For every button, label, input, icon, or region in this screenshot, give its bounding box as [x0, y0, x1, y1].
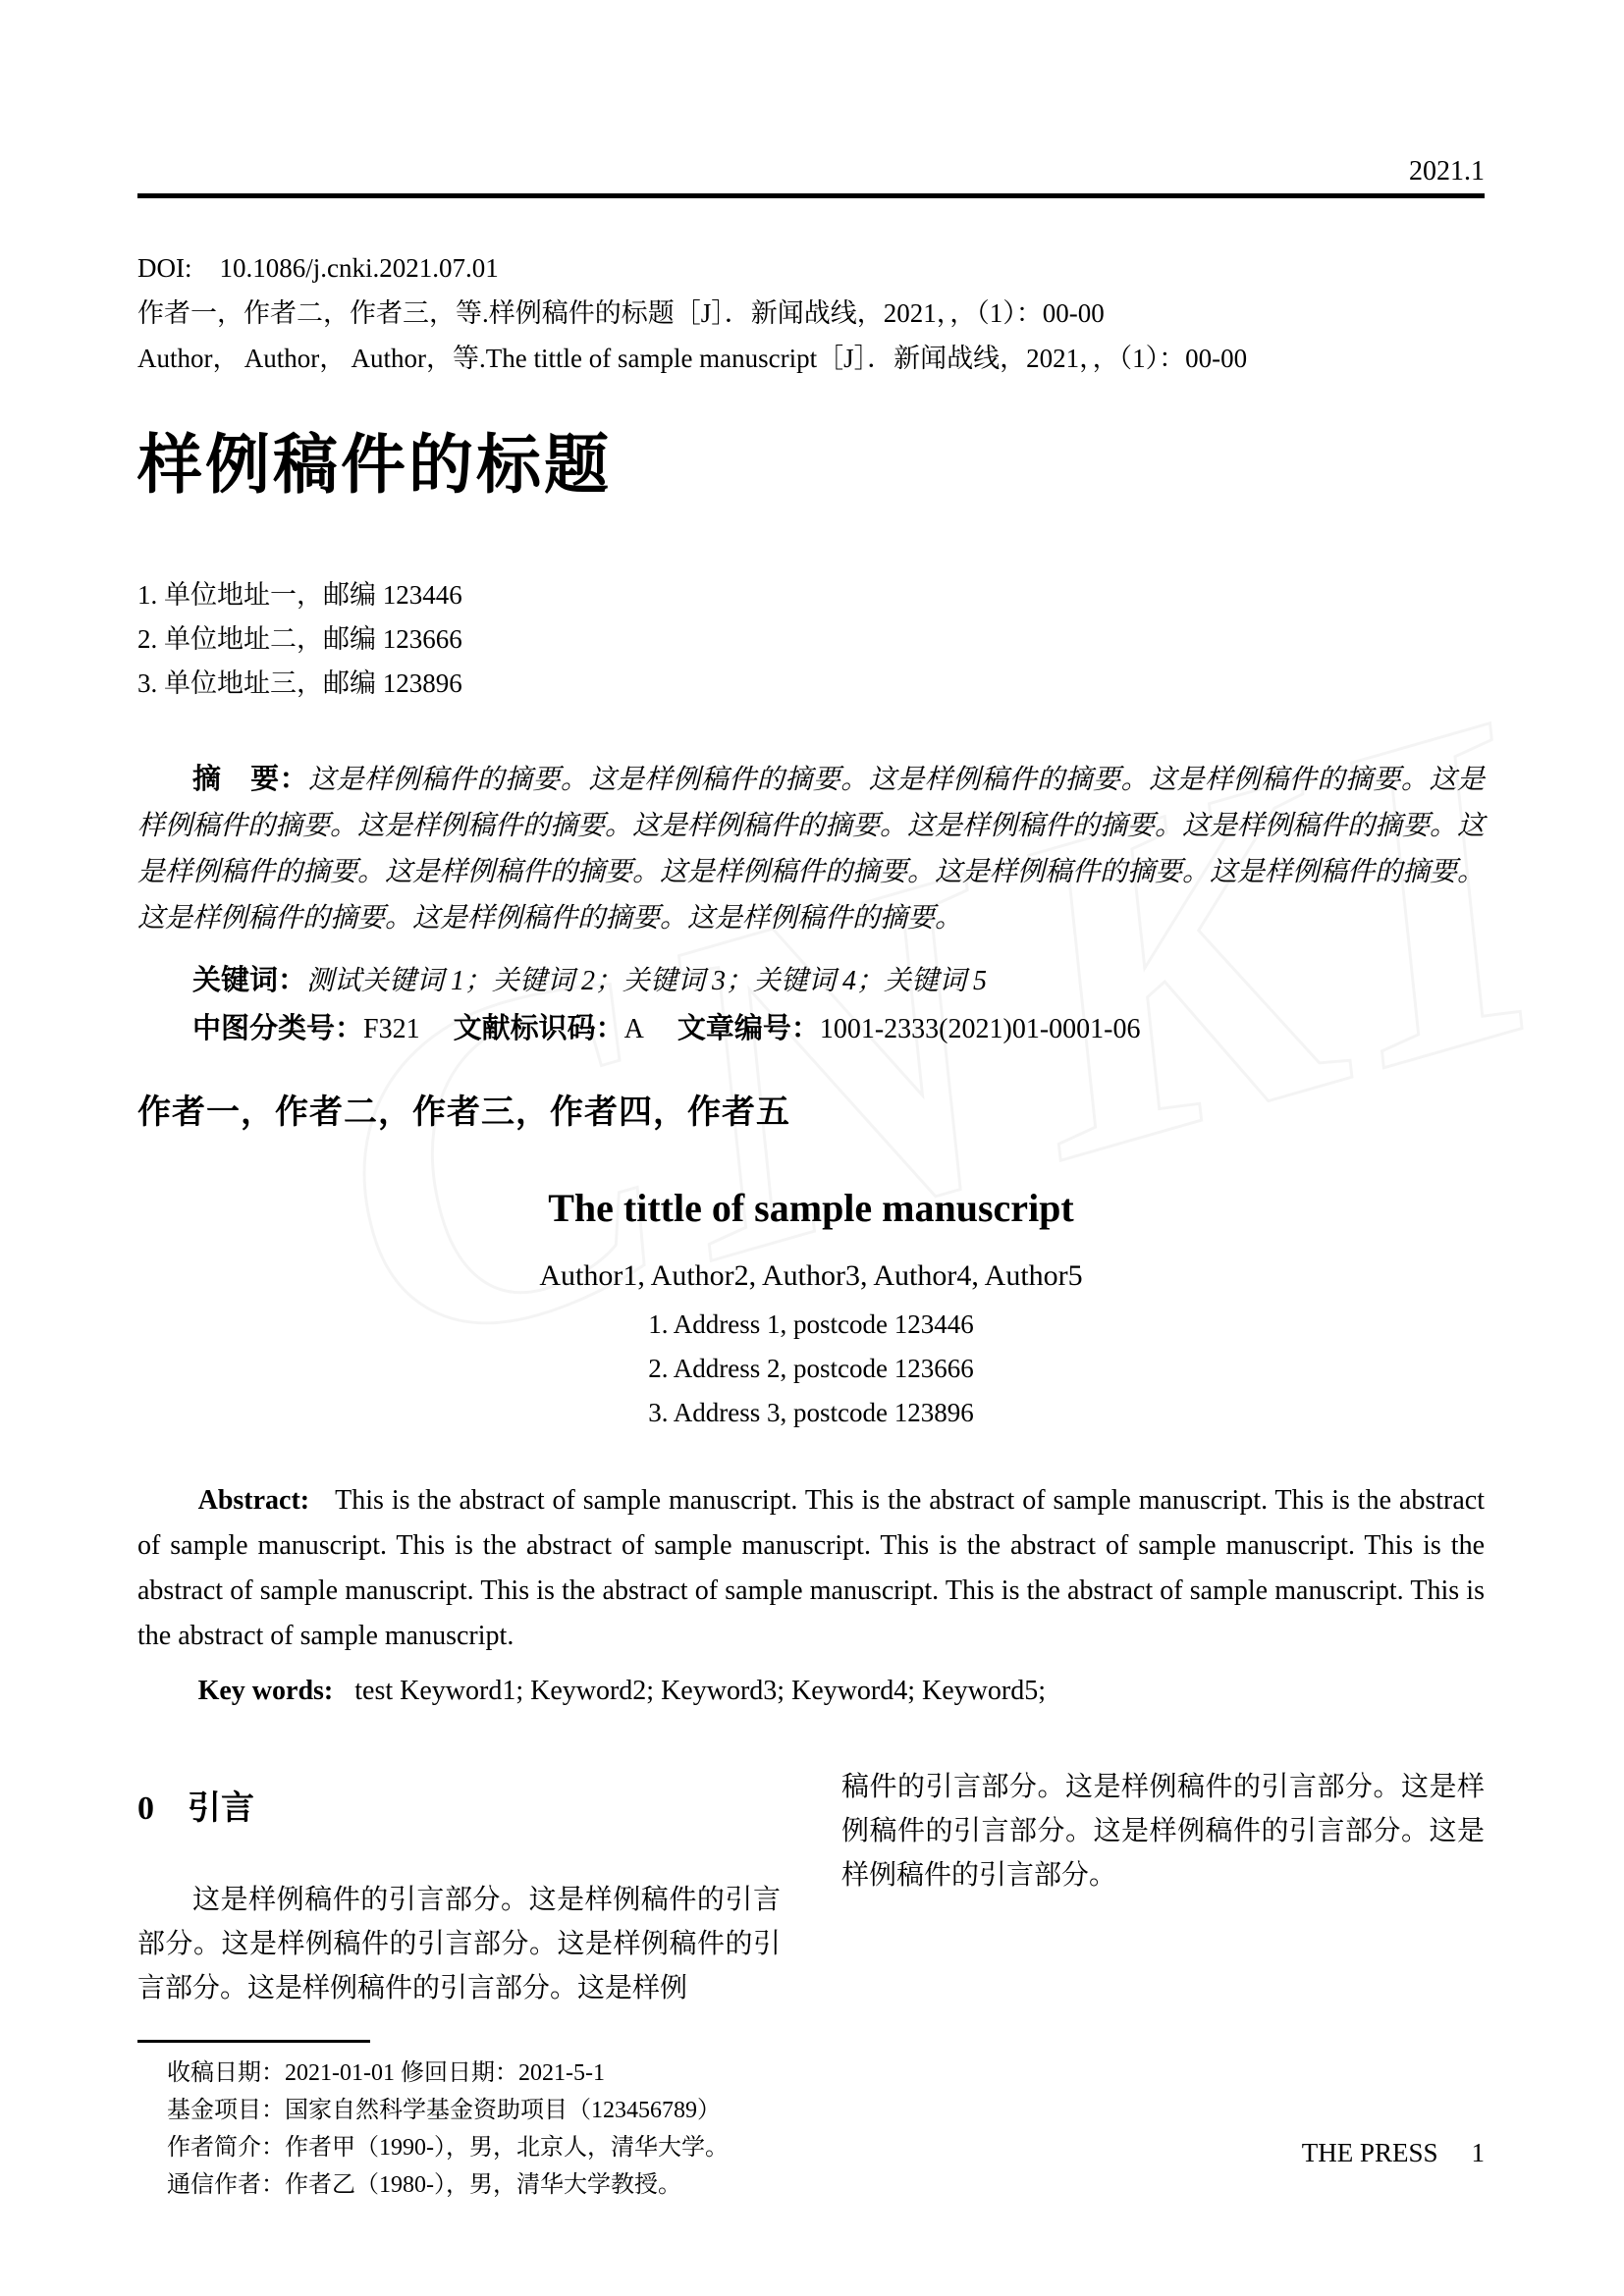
- section-0-title: 引言: [188, 1789, 254, 1827]
- affiliation-cn-2: 2. 单位地址二，邮编 123666: [137, 617, 1485, 662]
- affiliations-en: 1. Address 1, postcode 123446 2. Address…: [137, 1303, 1485, 1435]
- article-title-cn: 样例稿件的标题: [137, 426, 1485, 503]
- classification-row: 中图分类号：F321文献标识码：A文章编号：1001-2333(2021)01-…: [137, 1007, 1485, 1051]
- citation-en: Author， Author， Author，等.The tittle of s…: [137, 336, 1485, 381]
- citation-cn: 作者一，作者二，作者三，等.样例稿件的标题［J］．新闻战线，2021，，（1）：…: [137, 291, 1485, 336]
- abstract-en-text: This is the abstract of sample manuscrip…: [137, 1485, 1485, 1651]
- article-id-label: 文章编号：: [677, 1013, 820, 1044]
- footnote-block: 收稿日期：2021-01-01 修回日期：2021-5-1 基金项目：国家自然科…: [137, 2040, 781, 2204]
- two-column-body: 0引言 这是样例稿件的引言部分。这是样例稿件的引言部分。这是样例稿件的引言部分。…: [137, 1759, 1485, 2204]
- keywords-cn-text: 测试关键词 1；关键词 2；关键词 3；关键词 4；关键词 5: [306, 966, 987, 996]
- authors-cn: 作者一，作者二，作者三，作者四，作者五: [137, 1091, 1485, 1134]
- footnote-fund-project: 基金项目：国家自然科学基金资助项目（123456789）: [167, 2092, 781, 2129]
- affiliation-en-3: 3. Address 3, postcode 123896: [137, 1391, 1485, 1435]
- affiliations-cn: 1. 单位地址一，邮编 123446 2. 单位地址二，邮编 123666 3.…: [137, 573, 1485, 706]
- page-content: 2021.1 DOI:10.1086/j.cnki.2021.07.01 作者一…: [0, 157, 1624, 2204]
- right-column: 稿件的引言部分。这是样例稿件的引言部分。这是样例稿件的引言部分。这是样例稿件的引…: [841, 1759, 1485, 1897]
- keywords-en-label: Key words:: [198, 1676, 334, 1706]
- keywords-cn-label: 关键词：: [192, 965, 306, 996]
- affiliation-cn-1: 1. 单位地址一，邮编 123446: [137, 573, 1485, 617]
- intro-paragraph-left: 这是样例稿件的引言部分。这是样例稿件的引言部分。这是样例稿件的引言部分。这是样例…: [137, 1878, 781, 2010]
- left-column: 0引言 这是样例稿件的引言部分。这是样例稿件的引言部分。这是样例稿件的引言部分。…: [137, 1759, 781, 2204]
- section-0-number: 0: [137, 1790, 154, 1827]
- affiliation-en-2: 2. Address 2, postcode 123666: [137, 1347, 1485, 1391]
- doi-value: 10.1086/j.cnki.2021.07.01: [220, 253, 499, 283]
- page-number: 1: [1472, 2138, 1486, 2167]
- keywords-en: Key words:test Keyword1; Keyword2; Keywo…: [137, 1669, 1485, 1714]
- footnote-corresponding-author: 通信作者：作者乙（1980-），男，清华大学教授。: [167, 2166, 781, 2204]
- footnote-lines: 收稿日期：2021-01-01 修回日期：2021-5-1 基金项目：国家自然科…: [167, 2055, 781, 2204]
- page-footer: THE PRESS1: [1302, 2138, 1485, 2167]
- abstract-cn: 摘 要：这是样例稿件的摘要。这是样例稿件的摘要。这是样例稿件的摘要。这是样例稿件…: [137, 757, 1485, 941]
- authors-en: Author1, Author2, Author3, Author4, Auth…: [137, 1257, 1485, 1295]
- abstract-en-label: Abstract:: [198, 1485, 310, 1516]
- abstract-cn-text: 这是样例稿件的摘要。这是样例稿件的摘要。这是样例稿件的摘要。这是样例稿件的摘要。…: [137, 765, 1485, 934]
- clc-value: F321: [363, 1014, 420, 1044]
- manuscript-page: CNKI 2021.1 DOI:10.1086/j.cnki.2021.07.0…: [0, 0, 1624, 2296]
- footnote-rule: [137, 2040, 370, 2043]
- affiliation-cn-3: 3. 单位地址三，邮编 123896: [137, 662, 1485, 706]
- issue-number: 2021.1: [137, 157, 1485, 187]
- abstract-en: Abstract:This is the abstract of sample …: [137, 1478, 1485, 1659]
- article-title-en: The tittle of sample manuscript: [137, 1185, 1485, 1232]
- doc-code-label: 文献标识码：: [454, 1013, 624, 1044]
- section-0-heading: 0引言: [137, 1787, 781, 1831]
- doi-label: DOI:: [137, 253, 192, 283]
- abstract-cn-label: 摘 要：: [192, 764, 308, 795]
- article-id-value: 1001-2333(2021)01-0001-06: [820, 1014, 1141, 1044]
- header-rule: [137, 193, 1485, 198]
- footnote-received-date: 收稿日期：2021-01-01 修回日期：2021-5-1: [167, 2055, 781, 2092]
- affiliation-en-1: 1. Address 1, postcode 123446: [137, 1303, 1485, 1347]
- keywords-en-text: test Keyword1; Keyword2; Keyword3; Keywo…: [354, 1676, 1046, 1706]
- doc-code-value: A: [624, 1014, 644, 1044]
- clc-label: 中图分类号：: [192, 1013, 363, 1044]
- intro-paragraph-right: 稿件的引言部分。这是样例稿件的引言部分。这是样例稿件的引言部分。这是样例稿件的引…: [841, 1765, 1485, 1897]
- footnote-author-bio: 作者简介：作者甲（1990-），男，北京人，清华大学。: [167, 2129, 781, 2166]
- doi-line: DOI:10.1086/j.cnki.2021.07.01: [137, 245, 1485, 291]
- journal-footer-name: THE PRESS: [1302, 2138, 1438, 2167]
- keywords-cn: 关键词：测试关键词 1；关键词 2；关键词 3；关键词 4；关键词 5: [137, 959, 1485, 1003]
- head-citations: DOI:10.1086/j.cnki.2021.07.01 作者一，作者二，作者…: [137, 245, 1485, 381]
